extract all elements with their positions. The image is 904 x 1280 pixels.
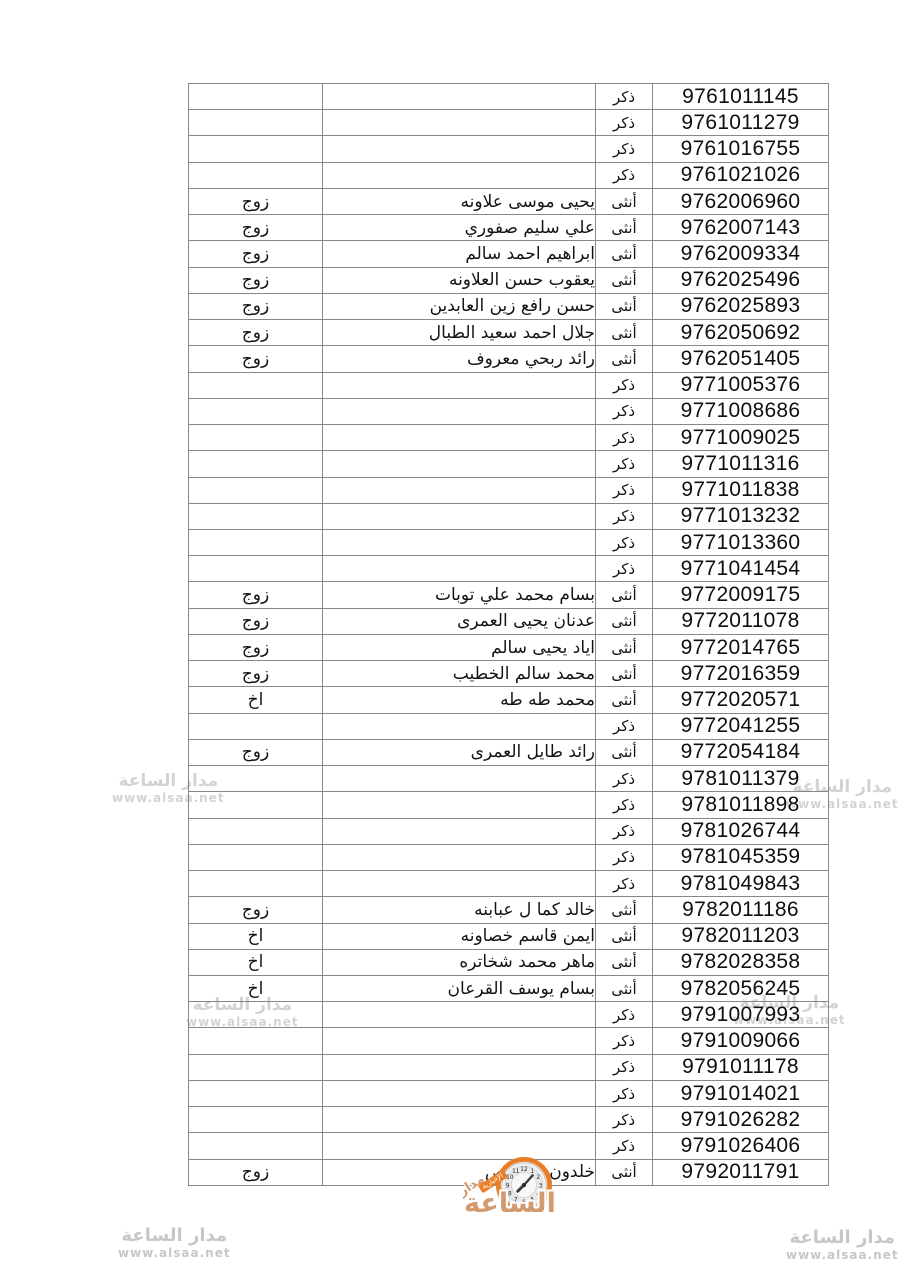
number-cell: 9762025893 [653,293,829,319]
number-cell: 9782028358 [653,949,829,975]
table-row: ذكر 9771011838 [189,477,829,503]
number-cell: 9762009334 [653,241,829,267]
gender-cell: ذكر [596,136,653,162]
number-cell: 9782056245 [653,975,829,1001]
gender-cell: ذكر [596,529,653,555]
table-row: زوج خالد كما ل عبابنه أنثى 9782011186 [189,897,829,923]
relationship-cell: زوج [189,215,323,241]
relationship-cell [189,844,323,870]
gender-cell: ذكر [596,818,653,844]
relationship-cell: زوج [189,267,323,293]
number-cell: 9762050692 [653,320,829,346]
gender-cell: ذكر [596,451,653,477]
number-cell: 9791009066 [653,1028,829,1054]
number-cell: 9761011145 [653,84,829,110]
relationship-cell: زوج [189,188,323,214]
name-cell [323,529,596,555]
name-cell [323,372,596,398]
table-row: ذكر 9771005376 [189,372,829,398]
table-row: ذكر 9791009066 [189,1028,829,1054]
table-row: ذكر 9791026282 [189,1107,829,1133]
name-cell [323,162,596,188]
name-cell [323,1028,596,1054]
name-cell [323,556,596,582]
relationship-cell [189,1054,323,1080]
relationship-cell [189,871,323,897]
gender-cell: أنثى [596,241,653,267]
name-cell [323,871,596,897]
gender-cell: ذكر [596,398,653,424]
gender-cell: أنثى [596,346,653,372]
relationship-cell [189,529,323,555]
table-row: ذكر 9771013360 [189,529,829,555]
name-cell [323,451,596,477]
relationship-cell: اخ [189,687,323,713]
gender-cell: ذكر [596,84,653,110]
gender-cell: أنثى [596,923,653,949]
number-cell: 9771011838 [653,477,829,503]
number-cell: 9781011898 [653,792,829,818]
relationship-cell: زوج [189,582,323,608]
relationship-cell [189,372,323,398]
number-cell: 9781049843 [653,871,829,897]
name-cell [323,503,596,529]
relationship-cell [189,1028,323,1054]
svg-text:5: 5 [530,1198,534,1204]
document-page: مدار الساعة www.alsaa.net مدار الساعة ww… [0,0,904,1280]
relationship-cell: زوج [189,661,323,687]
number-cell: 9781026744 [653,818,829,844]
table-row: ذكر 9761021026 [189,162,829,188]
table-row: ذكر 9771013232 [189,503,829,529]
name-cell: رائد ربحي معروف [323,346,596,372]
number-cell: 9791007993 [653,1002,829,1028]
table-row: زوج عدنان يحيى العمرى أنثى 9772011078 [189,608,829,634]
name-cell [323,398,596,424]
table-row: ذكر 9781011898 [189,792,829,818]
table-row: زوج ابراهيم احمد سالم أنثى 9762009334 [189,241,829,267]
relationship-cell: اخ [189,975,323,1001]
number-cell: 9771005376 [653,372,829,398]
svg-text:6: 6 [522,1200,526,1206]
relationship-cell [189,477,323,503]
table-row: اخ محمد طه طه أنثى 9772020571 [189,687,829,713]
name-cell: ابراهيم احمد سالم [323,241,596,267]
name-cell [323,1080,596,1106]
table-row: اخ بسام يوسف القرعان أنثى 9782056245 [189,975,829,1001]
number-cell: 9761021026 [653,162,829,188]
gender-cell: ذكر [596,766,653,792]
number-cell: 9792011791 [653,1159,829,1185]
name-cell: خلدون القصاص [323,1159,596,1185]
table-row: ذكر 9781045359 [189,844,829,870]
gender-cell: أنثى [596,897,653,923]
gender-cell: ذكر [596,1054,653,1080]
table-row: ذكر 9761016755 [189,136,829,162]
number-cell: 9772054184 [653,739,829,765]
watermark-site-name: مدار الساعة [786,1228,899,1249]
relationship-cell: زوج [189,634,323,660]
table-row: ذكر 9781026744 [189,818,829,844]
table-row: ذكر 9771011316 [189,451,829,477]
table-row: ذكر 9772041255 [189,713,829,739]
number-cell: 9772009175 [653,582,829,608]
gender-cell: ذكر [596,713,653,739]
table-row: ذكر 9791014021 [189,1080,829,1106]
number-cell: 9772011078 [653,608,829,634]
number-cell: 9791026406 [653,1133,829,1159]
site-watermark: مدار الساعة www.alsaa.net [118,1226,231,1260]
name-cell [323,844,596,870]
gender-cell: ذكر [596,792,653,818]
relationship-cell [189,1133,323,1159]
svg-text:8: 8 [508,1192,512,1198]
table-row: زوج اياد يحيى سالم أنثى 9772014765 [189,634,829,660]
gender-cell: ذكر [596,556,653,582]
number-cell: 9772041255 [653,713,829,739]
gender-cell: أنثى [596,949,653,975]
records-table-body: ذكر 9761011145 ذكر 9761011279 ذكر 976101… [189,84,829,1186]
relationship-cell: زوج [189,320,323,346]
number-cell: 9791026282 [653,1107,829,1133]
number-cell: 9782011203 [653,923,829,949]
relationship-cell [189,425,323,451]
relationship-cell [189,110,323,136]
gender-cell: ذكر [596,1080,653,1106]
name-cell: علي سليم صفوري [323,215,596,241]
table-row: اخ ايمن قاسم خصاونه أنثى 9782011203 [189,923,829,949]
table-row: زوج بسام محمد علي توبات أنثى 9772009175 [189,582,829,608]
number-cell: 9781011379 [653,766,829,792]
gender-cell: أنثى [596,267,653,293]
number-cell: 9762051405 [653,346,829,372]
table-row: زوج حسن رافع زين العابدين أنثى 976202589… [189,293,829,319]
table-row: ذكر 9761011279 [189,110,829,136]
table-row: ذكر 9791007993 [189,1002,829,1028]
number-cell: 9762007143 [653,215,829,241]
relationship-cell [189,1107,323,1133]
name-cell: بسام يوسف القرعان [323,975,596,1001]
gender-cell: ذكر [596,1133,653,1159]
name-cell: عدنان يحيى العمرى [323,608,596,634]
relationship-cell [189,1002,323,1028]
svg-text:7: 7 [514,1198,518,1204]
name-cell: محمد طه طه [323,687,596,713]
watermark-site-url: www.alsaa.net [786,1249,899,1263]
gender-cell: ذكر [596,372,653,398]
gender-cell: ذكر [596,1107,653,1133]
table-row: ذكر 9771009025 [189,425,829,451]
number-cell: 9791011178 [653,1054,829,1080]
watermark-site-name: مدار الساعة [118,1226,231,1247]
relationship-cell [189,792,323,818]
table-row: زوج علي سليم صفوري أنثى 9762007143 [189,215,829,241]
relationship-cell: زوج [189,293,323,319]
name-cell [323,792,596,818]
table-row: زوج خلدون القصاص أنثى 9792011791 [189,1159,829,1185]
table-row: ذكر 9781049843 [189,871,829,897]
relationship-cell [189,162,323,188]
gender-cell: أنثى [596,634,653,660]
gender-cell: أنثى [596,975,653,1001]
number-cell: 9772014765 [653,634,829,660]
relationship-cell: زوج [189,241,323,267]
number-cell: 9771041454 [653,556,829,582]
relationship-cell [189,503,323,529]
gender-cell: أنثى [596,293,653,319]
gender-cell: ذكر [596,871,653,897]
name-cell [323,1107,596,1133]
relationship-cell [189,84,323,110]
name-cell: خالد كما ل عبابنه [323,897,596,923]
number-cell: 9771009025 [653,425,829,451]
gender-cell: ذكر [596,110,653,136]
gender-cell: ذكر [596,425,653,451]
name-cell [323,136,596,162]
table-row: ذكر 9771041454 [189,556,829,582]
table-row: ذكر 9761011145 [189,84,829,110]
name-cell: ايمن قاسم خصاونه [323,923,596,949]
number-cell: 9771013360 [653,529,829,555]
relationship-cell [189,136,323,162]
relationship-cell: اخ [189,923,323,949]
number-cell: 9761016755 [653,136,829,162]
gender-cell: أنثى [596,608,653,634]
table-row: ذكر 9791011178 [189,1054,829,1080]
name-cell: جلال احمد سعيد الطبال [323,320,596,346]
name-cell: يحيى موسى علاونه [323,188,596,214]
table-row: زوج جلال احمد سعيد الطبال أنثى 976205069… [189,320,829,346]
gender-cell: أنثى [596,215,653,241]
gender-cell: أنثى [596,739,653,765]
name-cell: يعقوب حسن العلاونه [323,267,596,293]
name-cell [323,818,596,844]
relationship-cell [189,398,323,424]
relationship-cell [189,818,323,844]
relationship-cell: زوج [189,346,323,372]
number-cell: 9772016359 [653,661,829,687]
relationship-cell: زوج [189,897,323,923]
name-cell: ماهر محمد شخاتره [323,949,596,975]
name-cell [323,477,596,503]
gender-cell: أنثى [596,687,653,713]
table-row: زوج رائد طايل العمرى أنثى 9772054184 [189,739,829,765]
table-row: زوج محمد سالم الخطيب أنثى 9772016359 [189,661,829,687]
number-cell: 9771008686 [653,398,829,424]
number-cell: 9761011279 [653,110,829,136]
records-table: ذكر 9761011145 ذكر 9761011279 ذكر 976101… [188,83,829,1186]
gender-cell: ذكر [596,844,653,870]
table-row: اخ ماهر محمد شخاتره أنثى 9782028358 [189,949,829,975]
number-cell: 9772020571 [653,687,829,713]
gender-cell: أنثى [596,320,653,346]
table-row: زوج رائد ربحي معروف أنثى 9762051405 [189,346,829,372]
name-cell: حسن رافع زين العابدين [323,293,596,319]
gender-cell: أنثى [596,661,653,687]
table-row: ذكر 9781011379 [189,766,829,792]
number-cell: 9762006960 [653,188,829,214]
number-cell: 9782011186 [653,897,829,923]
name-cell [323,425,596,451]
relationship-cell [189,1080,323,1106]
gender-cell: ذكر [596,1028,653,1054]
gender-cell: ذكر [596,162,653,188]
name-cell: رائد طايل العمرى [323,739,596,765]
gender-cell: أنثى [596,1159,653,1185]
name-cell [323,84,596,110]
relationship-cell [189,556,323,582]
table-row: ذكر 9771008686 [189,398,829,424]
site-watermark: مدار الساعة www.alsaa.net [786,1228,899,1262]
name-cell [323,1054,596,1080]
name-cell: محمد سالم الخطيب [323,661,596,687]
table-row: زوج يحيى موسى علاونه أنثى 9762006960 [189,188,829,214]
watermark-site-url: www.alsaa.net [118,1247,231,1261]
gender-cell: أنثى [596,582,653,608]
name-cell [323,1002,596,1028]
gender-cell: ذكر [596,1002,653,1028]
name-cell [323,766,596,792]
number-cell: 9762025496 [653,267,829,293]
relationship-cell: زوج [189,608,323,634]
records-table-container: ذكر 9761011145 ذكر 9761011279 ذكر 976101… [188,83,829,1186]
number-cell: 9791014021 [653,1080,829,1106]
name-cell: اياد يحيى سالم [323,634,596,660]
relationship-cell: زوج [189,1159,323,1185]
logo-text-alsaa: الساعة [464,1188,556,1219]
number-cell: 9781045359 [653,844,829,870]
relationship-cell [189,451,323,477]
relationship-cell [189,766,323,792]
name-cell [323,110,596,136]
table-row: زوج يعقوب حسن العلاونه أنثى 9762025496 [189,267,829,293]
number-cell: 9771011316 [653,451,829,477]
name-cell [323,1133,596,1159]
gender-cell: ذكر [596,503,653,529]
name-cell [323,713,596,739]
relationship-cell: زوج [189,739,323,765]
relationship-cell [189,713,323,739]
gender-cell: ذكر [596,477,653,503]
name-cell: بسام محمد علي توبات [323,582,596,608]
number-cell: 9771013232 [653,503,829,529]
table-row: ذكر 9791026406 [189,1133,829,1159]
gender-cell: أنثى [596,188,653,214]
relationship-cell: اخ [189,949,323,975]
svg-text:4: 4 [536,1192,540,1198]
